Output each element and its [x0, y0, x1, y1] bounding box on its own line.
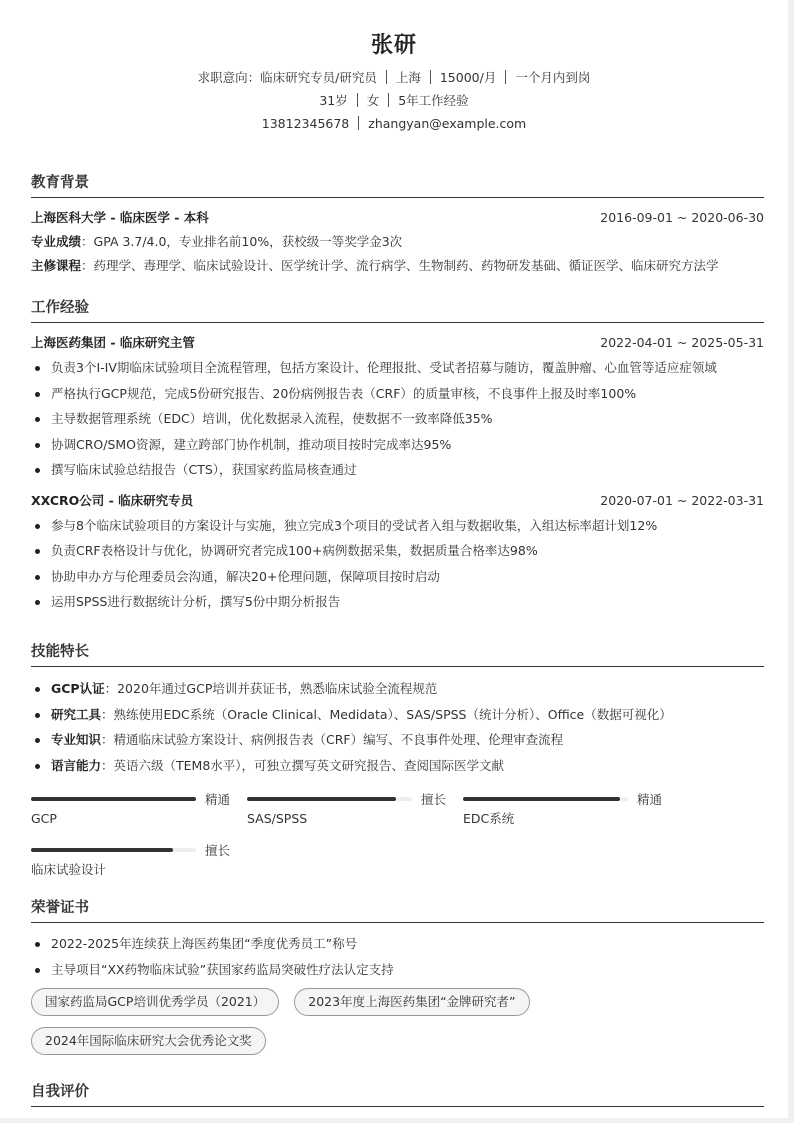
skills-list: GCP认证：2020年通过GCP培训并获证书，熟悉临床试验全流程规范 研究工具：… [31, 676, 764, 778]
award-tag: 国家药监局GCP培训优秀学员（2021） [31, 988, 279, 1016]
honors-section: 荣誉证书 2022-2025年连续获上海医药集团“季度优秀员工”称号 主导项目“… [31, 897, 764, 1066]
divider [388, 93, 389, 107]
skill-label: 研究工具 [51, 707, 101, 722]
skill-bar-sas-spss: 擅长 SAS/SPSS [247, 790, 463, 841]
age: 31岁 [319, 93, 347, 108]
divider [358, 116, 359, 130]
education-section: 教育背景 上海医科大学 - 临床医学 - 本科 2016-09-01 ~ 202… [31, 172, 764, 278]
list-item: 主导项目“XX药物临床试验”获国家药监局突破性疗法认定支持 [31, 957, 764, 983]
skill-level: 擅长 [205, 841, 230, 859]
job-bullets: 参与8个临床试验项目的方案设计与实施，独立完成3个项目的受试者入组与数据收集，入… [31, 513, 764, 615]
skill-level: 擅长 [421, 790, 446, 808]
progress-track [31, 848, 196, 852]
skills-section: 技能特长 GCP认证：2020年通过GCP培训并获证书，熟悉临床试验全流程规范 … [31, 641, 764, 892]
courses-text: ：药理学、毒理学、临床试验设计、医学统计学、流行病学、生物制药、药物研发基础、循… [81, 258, 719, 273]
list-item: 语言能力：英语六级（TEM8水平），可独立撰写英文研究报告、查阅国际医学文献 [31, 753, 764, 779]
skill-text: ：2020年通过GCP培训并获证书，熟悉临床试验全流程规范 [105, 681, 438, 696]
skill-bar-trial-design: 擅长 临床试验设计 [31, 841, 247, 892]
divider [357, 93, 358, 107]
work-section: 工作经验 上海医药集团 - 临床研究主管 2022-04-01 ~ 2025-0… [31, 297, 764, 615]
skill-text: ：熟练使用EDC系统（Oracle Clinical、Medidata）、SAS… [101, 707, 672, 722]
grades-line: 专业成绩：GPA 3.7/4.0，专业排名前10%，获校级一等奖学金3次 [31, 230, 764, 254]
skill-bars: 精通 GCP 擅长 SAS/SPSS 精通 EDC系统 擅长 临床试验设计 [31, 790, 764, 892]
progress-track [463, 797, 628, 801]
gender: 女 [367, 93, 380, 108]
skill-bar-edc: 精通 EDC系统 [463, 790, 679, 841]
skill-label: 语言能力 [51, 758, 101, 773]
list-item: 协助申办方与伦理委员会沟通，解决20+伦理问题，保障项目按时启动 [31, 564, 764, 590]
personal-info-row: 31岁女5年工作经验 [0, 89, 788, 112]
contact-row: 13812345678zhangyan@example.com [0, 112, 788, 135]
honors-list: 2022-2025年连续获上海医药集团“季度优秀员工”称号 主导项目“XX药物临… [31, 931, 764, 982]
location: 上海 [396, 70, 421, 85]
school-major-degree: 上海医科大学 - 临床医学 - 本科 [31, 205, 209, 230]
award-tag: 2024年国际临床研究大会优秀论文奖 [31, 1027, 266, 1055]
list-item: GCP认证：2020年通过GCP培训并获证书，熟悉临床试验全流程规范 [31, 676, 764, 702]
courses-line: 主修课程：药理学、毒理学、临床试验设计、医学统计学、流行病学、生物制药、药物研发… [31, 254, 764, 278]
list-item: 研究工具：熟练使用EDC系统（Oracle Clinical、Medidata）… [31, 702, 764, 728]
courses-label: 主修课程 [31, 258, 81, 273]
progress-fill [31, 797, 196, 801]
list-item: 负责CRF表格设计与优化，协调研究者完成100+病例数据采集，数据质量合格率达9… [31, 538, 764, 564]
education-entry-head: 上海医科大学 - 临床医学 - 本科 2016-09-01 ~ 2020-06-… [31, 205, 764, 230]
job-intent-row: 求职意向：临床研究专员/研究员上海15000/月一个月内到岗 [0, 66, 788, 89]
job-bullets: 负责3个I-IV期临床试验项目全流程管理，包括方案设计、伦理报批、受试者招募与随… [31, 355, 764, 483]
list-item: 运用SPSS进行数据统计分析，撰写5份中期分析报告 [31, 589, 764, 615]
job-intent: 求职意向：临床研究专员/研究员 [198, 70, 377, 85]
skill-level: 精通 [637, 790, 662, 808]
award-tag: 2023年度上海医药集团“金牌研究者” [294, 988, 529, 1016]
skill-label: 专业知识 [51, 732, 101, 747]
list-item: 严格执行GCP规范，完成5份研究报告、20份病例报告表（CRF）的质量审核，不良… [31, 381, 764, 407]
phone: 13812345678 [262, 116, 349, 131]
section-title: 技能特长 [31, 641, 764, 667]
progress-fill [463, 797, 620, 801]
list-item: 负责3个I-IV期临床试验项目全流程管理，包括方案设计、伦理报批、受试者招募与随… [31, 355, 764, 381]
list-item: 撰写临床试验总结报告（CTS），获国家药监局核查通过 [31, 457, 764, 483]
progress-track [247, 797, 412, 801]
skill-name: GCP [31, 808, 247, 830]
job-date: 2022-04-01 ~ 2025-05-31 [600, 330, 764, 355]
skill-bar-gcp: 精通 GCP [31, 790, 247, 841]
experience-years: 5年工作经验 [398, 93, 468, 108]
skill-level: 精通 [205, 790, 230, 808]
skill-label: GCP认证 [51, 681, 105, 696]
section-title: 教育背景 [31, 172, 764, 198]
list-item: 主导数据管理系统（EDC）培训，优化数据录入流程，使数据不一致率降低35% [31, 406, 764, 432]
salary: 15000/月 [440, 70, 496, 85]
list-item: 2022-2025年连续获上海医药集团“季度优秀员工”称号 [31, 931, 764, 957]
job-entry-head: 上海医药集团 - 临床研究主管 2022-04-01 ~ 2025-05-31 [31, 330, 764, 355]
divider [505, 70, 506, 84]
section-title: 工作经验 [31, 297, 764, 323]
education-date: 2016-09-01 ~ 2020-06-30 [600, 205, 764, 230]
job-date: 2020-07-01 ~ 2022-03-31 [600, 488, 764, 513]
skill-name: EDC系统 [463, 808, 679, 830]
list-item: 专业知识：精通临床试验方案设计、病例报告表（CRF）编写、不良事件处理、伦理审查… [31, 727, 764, 753]
award-tags: 国家药监局GCP培训优秀学员（2021） 2023年度上海医药集团“金牌研究者”… [31, 988, 764, 1066]
skill-name: SAS/SPSS [247, 808, 463, 830]
progress-fill [31, 848, 173, 852]
section-title: 自我评价 [31, 1081, 764, 1107]
availability: 一个月内到岗 [515, 70, 590, 85]
job-title: XXCRO公司 - 临床研究专员 [31, 488, 193, 513]
divider [386, 70, 387, 84]
self-evaluation-section: 自我评价 [31, 1081, 764, 1107]
section-title: 荣誉证书 [31, 897, 764, 923]
progress-fill [247, 797, 396, 801]
skill-text: ：精通临床试验方案设计、病例报告表（CRF）编写、不良事件处理、伦理审查流程 [101, 732, 563, 747]
resume-header: 张研 求职意向：临床研究专员/研究员上海15000/月一个月内到岗 31岁女5年… [0, 0, 788, 135]
candidate-name: 张研 [0, 30, 788, 62]
grades-text: ：GPA 3.7/4.0，专业排名前10%，获校级一等奖学金3次 [81, 234, 402, 249]
skill-text: ：英语六级（TEM8水平），可独立撰写英文研究报告、查阅国际医学文献 [101, 758, 504, 773]
divider [430, 70, 431, 84]
email: zhangyan@example.com [368, 116, 526, 131]
resume-page: 张研 求职意向：临床研究专员/研究员上海15000/月一个月内到岗 31岁女5年… [0, 0, 788, 1118]
progress-track [31, 797, 196, 801]
list-item: 协调CRO/SMO资源，建立跨部门协作机制，推动项目按时完成率达95% [31, 432, 764, 458]
job-entry-head: XXCRO公司 - 临床研究专员 2020-07-01 ~ 2022-03-31 [31, 488, 764, 513]
grades-label: 专业成绩 [31, 234, 81, 249]
skill-name: 临床试验设计 [31, 859, 247, 881]
list-item: 参与8个临床试验项目的方案设计与实施，独立完成3个项目的受试者入组与数据收集，入… [31, 513, 764, 539]
job-title: 上海医药集团 - 临床研究主管 [31, 330, 195, 355]
